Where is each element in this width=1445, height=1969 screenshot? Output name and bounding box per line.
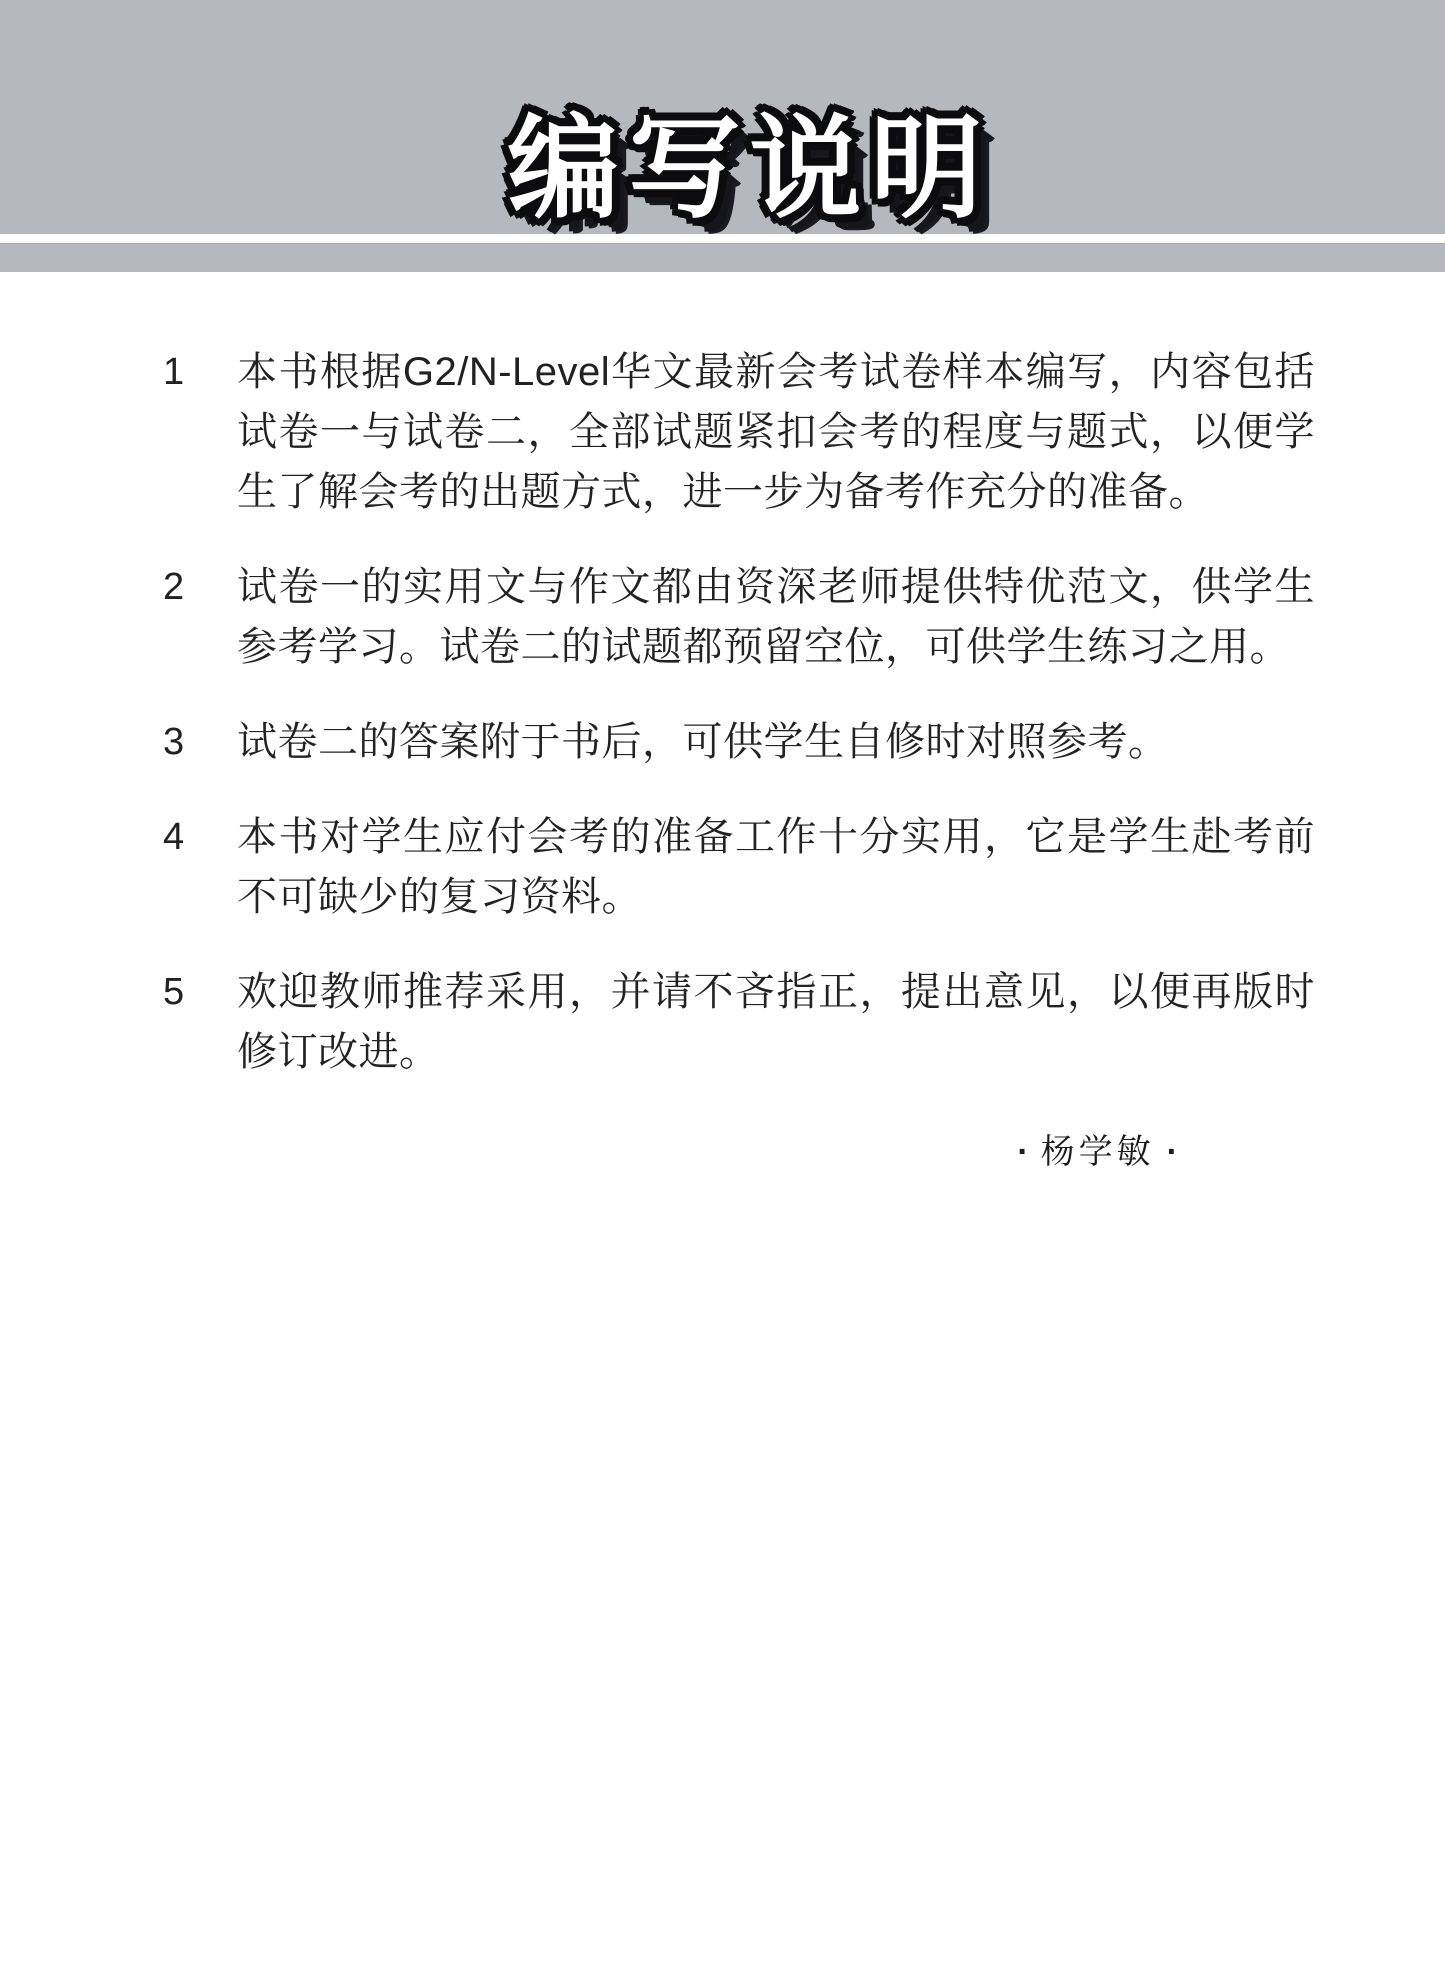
note-item-5: 5 欢迎教师推荐采用，并请不吝指正，提出意见，以便再版时修订改进。: [163, 962, 1315, 1082]
note-number: 4: [163, 807, 237, 927]
note-item-4: 4 本书对学生应付会考的准备工作十分实用，它是学生赴考前不可缺少的复习资料。: [163, 807, 1315, 927]
notes-section: 1 本书根据G2/N-Level华文最新会考试卷样本编写，内容包括试卷一与试卷二…: [0, 272, 1445, 1177]
author-credit: ·杨学敏·: [163, 1127, 1315, 1177]
page-title: 编写说明: [498, 110, 992, 228]
author-bullet-left-icon: ·: [1005, 1133, 1040, 1171]
author-name: 杨学敏: [1041, 1133, 1155, 1171]
note-text: 试卷一的实用文与作文都由资深老师提供特优范文，供学生参考学习。试卷二的试题都预留…: [237, 557, 1315, 677]
note-item-3: 3 试卷二的答案附于书后，可供学生自修时对照参考。: [163, 712, 1315, 772]
note-number: 1: [163, 342, 237, 522]
note-text: 试卷二的答案附于书后，可供学生自修时对照参考。: [237, 712, 1315, 772]
header-banner: 编写说明: [0, 0, 1445, 234]
note-text: 本书对学生应付会考的准备工作十分实用，它是学生赴考前不可缺少的复习资料。: [237, 807, 1315, 927]
note-number: 5: [163, 962, 237, 1082]
numbered-notes-list: 1 本书根据G2/N-Level华文最新会考试卷样本编写，内容包括试卷一与试卷二…: [163, 342, 1315, 1082]
banner-divider-gap: [0, 234, 1445, 243]
note-number: 3: [163, 712, 237, 772]
banner-accent-bar: [0, 243, 1445, 272]
note-text: 本书根据G2/N-Level华文最新会考试卷样本编写，内容包括试卷一与试卷二，全…: [237, 342, 1315, 522]
note-item-1: 1 本书根据G2/N-Level华文最新会考试卷样本编写，内容包括试卷一与试卷二…: [163, 342, 1315, 522]
document-page: { "header": { "title": "编写说明" }, "notes"…: [0, 0, 1445, 1969]
author-bullet-right-icon: ·: [1155, 1133, 1190, 1171]
note-number: 2: [163, 557, 237, 677]
note-item-2: 2 试卷一的实用文与作文都由资深老师提供特优范文，供学生参考学习。试卷二的试题都…: [163, 557, 1315, 677]
note-text: 欢迎教师推荐采用，并请不吝指正，提出意见，以便再版时修订改进。: [237, 962, 1315, 1082]
